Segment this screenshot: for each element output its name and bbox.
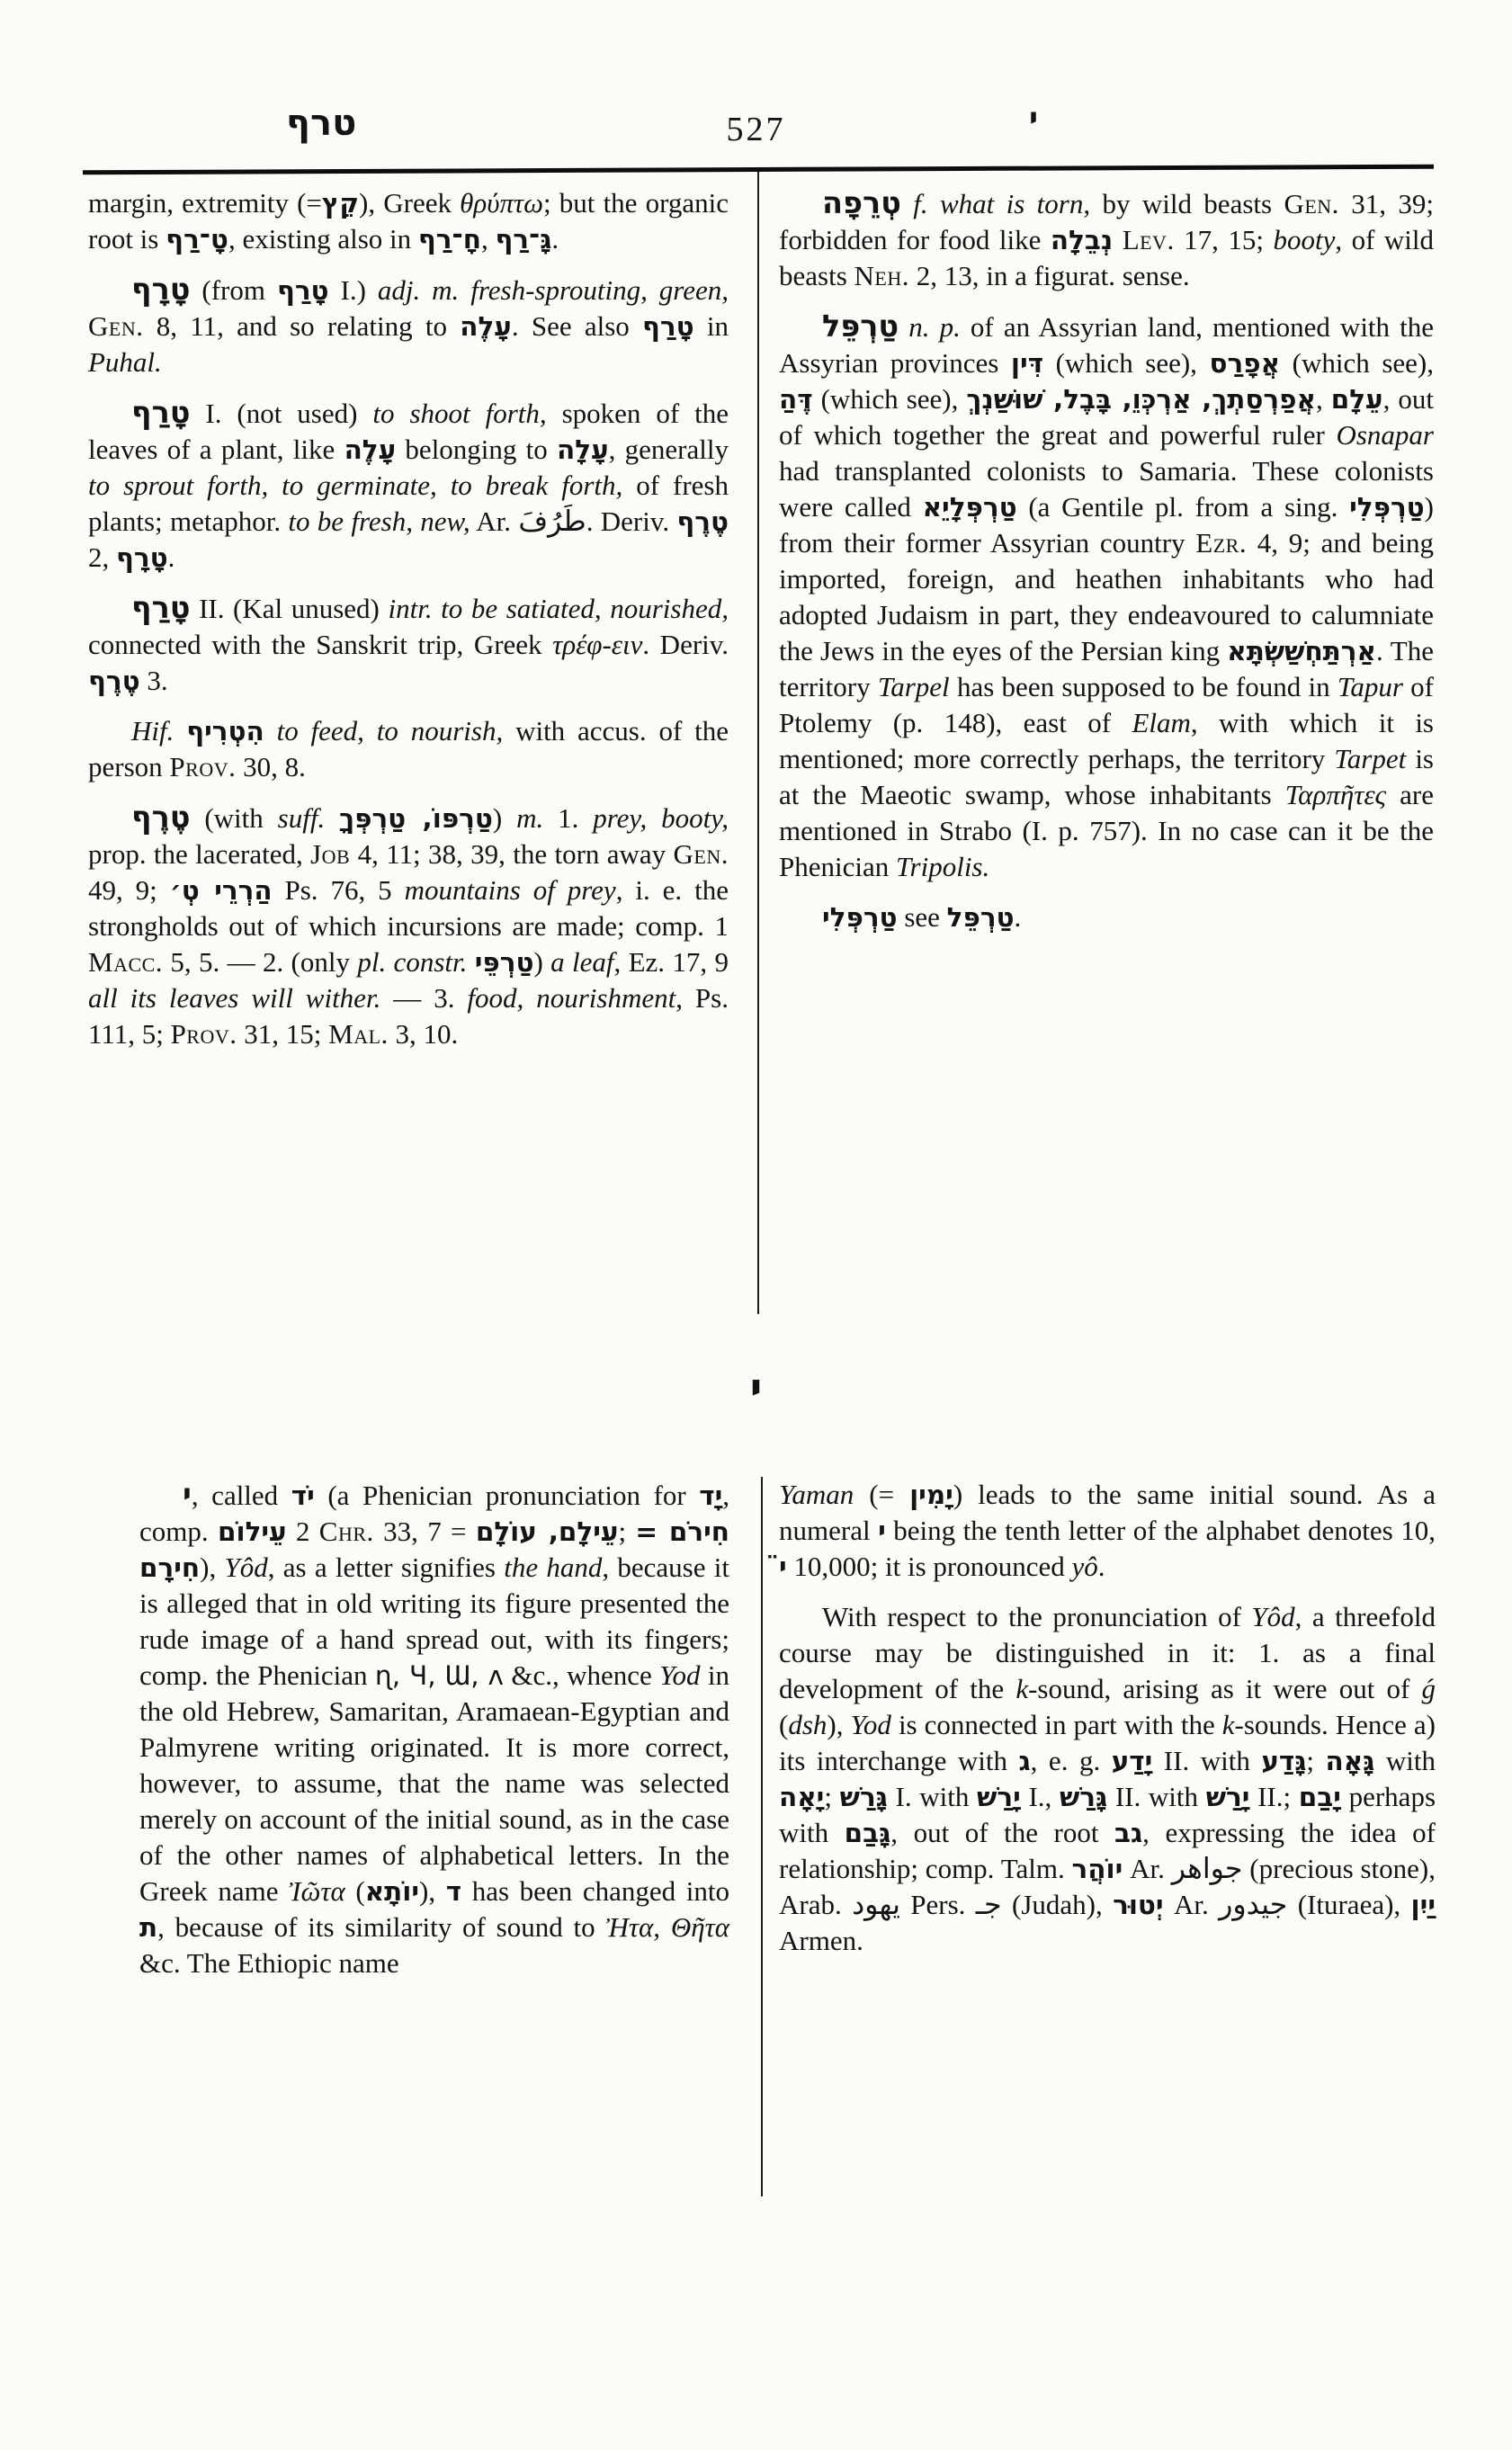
text-segment: Job	[310, 838, 350, 870]
text-segment: .	[168, 541, 175, 573]
text-segment: k	[1015, 1673, 1028, 1704]
hebrew-text: י	[878, 1516, 886, 1546]
text-segment: Prov.	[169, 751, 236, 782]
entry-tereph-noun: טֶרֶף (with suff. טַרְפּוֹ, טַרְפְּךָ) m…	[88, 800, 729, 1052]
text-segment: the hand	[504, 1551, 602, 1583]
text-segment: , out of the root	[890, 1817, 1114, 1848]
entry-terephah: טְרֵפָה f. what is torn, by wild beasts …	[779, 185, 1434, 294]
hebrew-text: טָרַף	[277, 275, 329, 306]
text-segment: to sprout forth, to germinate, to break …	[88, 469, 622, 501]
text-segment: Armen.	[779, 1925, 863, 1956]
hebrew-text: יָרַשׁ	[977, 1782, 1021, 1812]
text-segment: has been supposed to be found in	[950, 671, 1338, 702]
text-segment: 2	[287, 1516, 319, 1547]
text-segment: (	[345, 1875, 365, 1907]
hebrew-text: טָרָף	[131, 272, 190, 307]
hebrew-text: הַרְרֵי טְ׳	[170, 875, 273, 906]
text-segment: ;	[618, 1516, 635, 1547]
text-segment: Ἰῶτα	[289, 1875, 345, 1907]
text-segment: , called	[192, 1480, 291, 1511]
text-segment: ,	[1316, 383, 1331, 415]
hebrew-text: י	[183, 1477, 192, 1512]
text-segment: Hif.	[131, 715, 174, 747]
text-segment: . Deriv.	[642, 629, 729, 660]
text-segment	[174, 715, 186, 747]
hebrew-text: יָבַם	[1299, 1782, 1341, 1812]
text-segment: Macc.	[88, 946, 163, 978]
text-segment: Yôd	[224, 1551, 267, 1583]
entry-taraph-verb-1: טָרַף I. (not used) to shoot forth, spok…	[88, 395, 729, 576]
hebrew-text: טָרַף	[642, 311, 694, 342]
text-segment: .	[551, 223, 559, 255]
text-segment: Tarpet	[1334, 743, 1406, 774]
text-segment: Yaman	[779, 1479, 854, 1510]
hebrew-text: גָּאָה	[1326, 1746, 1375, 1776]
text-segment: 8, 11, and so relating to	[143, 310, 460, 342]
hebrew-text: עֵלָם	[1331, 384, 1383, 415]
entry-taraph-verb-2: טָרַף II. (Kal unused) intr. to be satia…	[88, 590, 729, 699]
text-segment: I.)	[329, 274, 378, 306]
text-segment: (which see),	[1043, 347, 1210, 379]
hebrew-text: עָלָה	[557, 434, 609, 465]
text-segment: ǵ	[1422, 1673, 1436, 1704]
text-segment: 17, 15;	[1175, 224, 1274, 255]
text-segment: 30, 8.	[236, 751, 306, 782]
text-segment: ;	[1306, 1745, 1325, 1776]
hebrew-text: יוֹהֲר	[1072, 1854, 1123, 1884]
text-segment: Pers.	[900, 1889, 976, 1920]
text-segment: yô	[1072, 1551, 1098, 1582]
hebrew-text: טְרֵפָה	[822, 185, 901, 220]
header-section-letter: י	[1029, 101, 1038, 137]
text-segment: .	[1015, 901, 1022, 933]
hebrew-text: טָרַף	[131, 395, 190, 430]
text-segment: Tarpel	[878, 671, 950, 702]
column-divider-upper	[757, 172, 759, 1314]
hebrew-text: דִּין	[1011, 348, 1043, 379]
column-lower-right: Yaman (= יָמִין) leads to the same initi…	[779, 1477, 1436, 1959]
text-segment: , because of its similarity of sound to	[157, 1911, 605, 1943]
text-segment: 33, 7 =	[374, 1516, 476, 1547]
hebrew-text: טַרְפֵּל	[947, 902, 1015, 933]
text-segment: 10,000; it is pronounced	[787, 1551, 1072, 1582]
text-segment: Neh.	[854, 260, 909, 291]
entry-taraph-continuation: margin, extremity (=קֵץ), Greek θρύπτω; …	[88, 185, 729, 257]
arabic-text: جيدور	[1219, 1889, 1287, 1921]
text-segment: Prov.	[171, 1018, 237, 1050]
text-segment: -sound, arising as it were out of	[1028, 1673, 1421, 1704]
text-segment: Ar.	[470, 505, 519, 537]
text-segment: Ps. 76, 5	[273, 874, 405, 906]
hebrew-text: טַרְפְּלִי	[1349, 492, 1425, 523]
hebrew-text: חָ־רַף	[418, 224, 481, 255]
hebrew-text: גָּרַשׁ	[1060, 1782, 1107, 1812]
text-segment: food, nourishment	[467, 982, 675, 1014]
arabic-text: طَرُفَ	[518, 505, 586, 538]
text-segment: Yôd	[1251, 1601, 1294, 1632]
hebrew-text: ג	[1019, 1746, 1031, 1776]
hebrew-text: טָ־רַף	[166, 224, 228, 255]
text-segment: ),	[200, 1551, 224, 1583]
text-segment: to shoot forth,	[372, 398, 546, 429]
text-segment: &c. The Ethiopic name	[139, 1947, 399, 1979]
hebrew-text: טֶרֶף	[88, 666, 140, 696]
hebrew-text: עֵילוֹם	[218, 1516, 287, 1547]
entry-tarpeli-crossref: טַרְפְּלִי see טַרְפֵּל.	[779, 899, 1434, 935]
text-segment: )	[493, 802, 516, 834]
hebrew-text: יָרַשׁ	[1206, 1782, 1250, 1812]
column-divider-lower	[761, 1477, 763, 2196]
hebrew-text: יַיִן	[1411, 1890, 1436, 1920]
text-segment: &c., whence	[504, 1659, 659, 1691]
text-segment: Tapur	[1338, 671, 1403, 702]
text-segment: (from	[190, 274, 276, 306]
hebrew-text: עָלֶה	[460, 311, 512, 342]
text-segment: Puhal.	[88, 346, 162, 378]
hebrew-text: אֲפַרְסַתְךְ, אַרְכְּוֵ, בָּבֶל, שׁוּשַׁ…	[966, 384, 1316, 415]
column-lower-left: י, called יֹד (a Phenician pronunciation…	[139, 1477, 729, 1981]
text-segment: suff.	[278, 802, 326, 834]
text-segment: Ar.	[1164, 1889, 1220, 1920]
hebrew-text: קֵץ	[322, 188, 359, 219]
text-segment: θρύπτω	[460, 187, 543, 219]
text-segment: Gen.	[1284, 188, 1338, 219]
text-segment: 1.	[543, 802, 593, 834]
hebrew-text: הִטְרִיף	[186, 716, 264, 747]
text-segment: see	[898, 901, 947, 933]
hebrew-text: טֶרֶף	[131, 800, 190, 835]
text-segment	[899, 311, 908, 343]
hebrew-text: טַרְפֵּל	[822, 308, 899, 344]
hebrew-text: גָּבַם	[845, 1818, 891, 1848]
text-segment: all its leaves will wither.	[88, 982, 380, 1014]
text-segment: . Deriv.	[586, 505, 677, 537]
text-segment: ),	[827, 1709, 850, 1740]
arabic-text: جواهر	[1172, 1853, 1243, 1885]
phenician-glyphs: ɳ, Ч, Ɯ, ʌ	[375, 1660, 504, 1691]
text-segment: , existing also in	[228, 223, 418, 255]
text-segment	[264, 715, 277, 747]
text-segment: m.	[516, 802, 543, 834]
column-upper-right: טְרֵפָה f. what is torn, by wild beasts …	[779, 185, 1434, 935]
hebrew-text: אֲפָרַס	[1210, 348, 1281, 379]
text-segment: Osnapar	[1336, 419, 1434, 451]
text-segment: , by wild beasts	[1083, 188, 1284, 219]
hebrew-text: ד	[446, 1876, 461, 1907]
hebrew-text: טַרְפְּלִי	[822, 902, 898, 933]
text-segment: — 3.	[380, 982, 467, 1014]
text-segment: Ταρπῆτες	[1285, 779, 1386, 810]
text-segment: to feed, to nourish,	[277, 715, 504, 747]
text-segment: ;	[824, 1781, 839, 1812]
text-segment: (a Phenician pronunciation for	[315, 1480, 700, 1511]
arabic-text: جـ	[976, 1889, 1002, 1921]
text-segment: I. with	[888, 1781, 977, 1812]
hebrew-text: טַרְפֵּי	[475, 947, 534, 978]
hebrew-text: טַרְפְּלָיֵא	[923, 492, 1017, 523]
hebrew-text: גָּ־רַף	[495, 224, 551, 255]
text-segment: belonging to	[396, 434, 557, 465]
hebrew-text: נְבֵלָה	[1051, 225, 1113, 255]
text-segment: . See also	[512, 310, 642, 342]
page-number: 527	[0, 110, 1512, 149]
text-segment: Mal.	[328, 1018, 389, 1050]
text-segment: (	[779, 1709, 788, 1740]
hebrew-text: יָד	[699, 1480, 722, 1511]
text-segment: with	[1374, 1745, 1436, 1776]
hebrew-text: יוֹתָא	[365, 1876, 419, 1907]
text-segment: has been changed into	[461, 1875, 729, 1907]
hebrew-text: ת	[139, 1912, 157, 1943]
text-segment	[467, 946, 474, 978]
text-segment: booty	[1274, 224, 1336, 255]
text-segment: (Ituraea),	[1287, 1889, 1410, 1920]
text-segment: Ar.	[1123, 1853, 1171, 1884]
text-segment: mountains of prey	[405, 874, 616, 906]
hebrew-text: דֶּהַ	[779, 384, 813, 415]
text-segment: Elam	[1132, 707, 1190, 738]
text-segment: a leaf	[550, 946, 613, 978]
text-segment: intr. to be satiated, nourished,	[388, 593, 729, 624]
text-segment: f. what is torn	[913, 188, 1083, 219]
hebrew-text: טַרְפּוֹ, טַרְפְּךָ	[339, 803, 493, 834]
text-segment: , Ez. 17, 9	[614, 946, 729, 978]
text-segment: II. with	[1152, 1745, 1261, 1776]
text-segment: , as a letter signifies	[268, 1551, 504, 1583]
text-segment: II. with	[1107, 1781, 1206, 1812]
text-segment: to be fresh, new,	[288, 505, 470, 537]
text-segment: II.;	[1249, 1781, 1298, 1812]
text-segment: 3.	[140, 665, 168, 696]
text-segment: prey, booty,	[593, 802, 729, 834]
text-segment: is connected in part with the	[891, 1709, 1222, 1740]
hebrew-text: גָּרַשׁ	[840, 1782, 888, 1812]
text-segment: (with	[190, 802, 277, 834]
text-segment: , generally	[609, 434, 729, 465]
entry-hifil-note: Hif. הִטְרִיף to feed, to nourish, with …	[88, 713, 729, 785]
entry-taraph-adjective: טָרָף (from טָרַף I.) adj. m. fresh-spro…	[88, 272, 729, 380]
text-segment: being the tenth letter of the alphabet d…	[886, 1515, 1436, 1546]
hebrew-text: גָּדַע	[1261, 1746, 1306, 1776]
text-segment: in the old Hebrew, Samaritan, Aramaean-E…	[139, 1659, 729, 1907]
text-segment: k	[1222, 1709, 1235, 1740]
hebrew-text: יָמִין	[909, 1480, 953, 1510]
text-segment	[325, 802, 339, 834]
text-segment	[1113, 224, 1122, 255]
text-segment: 2, 13, in a figurat. sense.	[909, 260, 1190, 291]
text-segment: adj. m. fresh-sprouting, green,	[378, 274, 729, 306]
yod-letter-intro: י, called יֹד (a Phenician pronunciation…	[139, 1477, 729, 1981]
text-segment: prop. the lacerated,	[88, 838, 310, 870]
yod-pronunciation-paragraph: With respect to the pronunciation of Yôd…	[779, 1599, 1436, 1959]
text-segment: Gen.	[674, 838, 729, 870]
text-segment: ,	[481, 223, 496, 255]
hebrew-text: גב	[1114, 1818, 1142, 1848]
hebrew-text: י̈	[779, 1551, 787, 1582]
text-segment: (which see),	[1280, 347, 1434, 379]
hebrew-text: טֶרֶף	[676, 506, 729, 537]
text-segment: I.,	[1021, 1781, 1060, 1812]
text-segment: )	[533, 946, 550, 978]
text-segment: Lev.	[1123, 224, 1175, 255]
text-segment: Gen.	[88, 310, 143, 342]
hebrew-text: יֹד	[291, 1480, 315, 1511]
text-segment: ), Greek	[359, 187, 460, 219]
text-segment: (a Gentile pl. from a sing.	[1017, 491, 1349, 523]
text-segment: Tripolis.	[896, 851, 989, 882]
text-segment: .	[1098, 1551, 1105, 1582]
text-segment: Ezr.	[1195, 527, 1247, 559]
text-segment: 2,	[88, 541, 116, 573]
text-segment: Yod	[851, 1709, 891, 1740]
text-segment: Chr.	[319, 1516, 374, 1547]
text-segment: τρέφ-ειν	[552, 629, 642, 660]
text-segment: margin, extremity (=	[88, 187, 322, 219]
text-segment: pl. constr.	[357, 946, 467, 978]
text-segment: dsh	[788, 1709, 827, 1740]
text-segment: ),	[419, 1875, 446, 1907]
text-segment: (Judah),	[1002, 1889, 1114, 1920]
text-segment: connected with the Sanskrit trip, Greek	[88, 629, 552, 660]
text-segment: , e. g.	[1031, 1745, 1112, 1776]
text-segment: I. (not used)	[190, 398, 372, 429]
hebrew-text: יְטוּר	[1113, 1890, 1164, 1920]
text-segment: Yod	[659, 1659, 700, 1691]
section-divider-letter-yod: י	[0, 1364, 1512, 1412]
text-segment: With respect to the pronunciation of	[822, 1601, 1251, 1632]
text-segment: 4, 11; 38, 39, the torn away	[350, 838, 673, 870]
hebrew-text: אַרְתַּחְשַׁשְׂתָּא	[1227, 636, 1376, 666]
hebrew-text: טָרָף	[116, 542, 168, 573]
dictionary-page: טרף 527 י margin, extremity (=קֵץ), Gree…	[0, 0, 1512, 2450]
text-segment: 5, 5. — 2. (only	[163, 946, 357, 978]
text-segment: in	[694, 310, 729, 342]
text-segment: (which see),	[813, 383, 967, 415]
hebrew-text: טָרַף	[131, 590, 190, 625]
hebrew-text: עֵילָם, עוֹלָם	[476, 1516, 619, 1547]
text-segment: Ἠτα, Θῆτα	[606, 1911, 730, 1943]
text-segment: 3, 10.	[389, 1018, 459, 1050]
text-segment: 49, 9;	[88, 874, 170, 906]
arabic-text: يهود	[852, 1889, 900, 1921]
yod-intro-continuation: Yaman (= יָמִין) leads to the same initi…	[779, 1477, 1436, 1585]
entry-tarpel: טַרְפֵּל n. p. of an Assyrian land, ment…	[779, 308, 1434, 885]
column-upper-left: margin, extremity (=קֵץ), Greek θρύπτω; …	[88, 185, 729, 1052]
text-segment: (=	[854, 1479, 909, 1510]
hebrew-text: יָדַע	[1112, 1746, 1153, 1776]
text-segment: 31, 15;	[237, 1018, 329, 1050]
text-segment: n. p.	[908, 311, 961, 343]
hebrew-text: עָלֶה	[344, 434, 397, 465]
hebrew-text: יָאָה	[779, 1782, 824, 1812]
text-segment: II. (Kal unused)	[190, 593, 388, 624]
text-segment	[901, 188, 913, 219]
